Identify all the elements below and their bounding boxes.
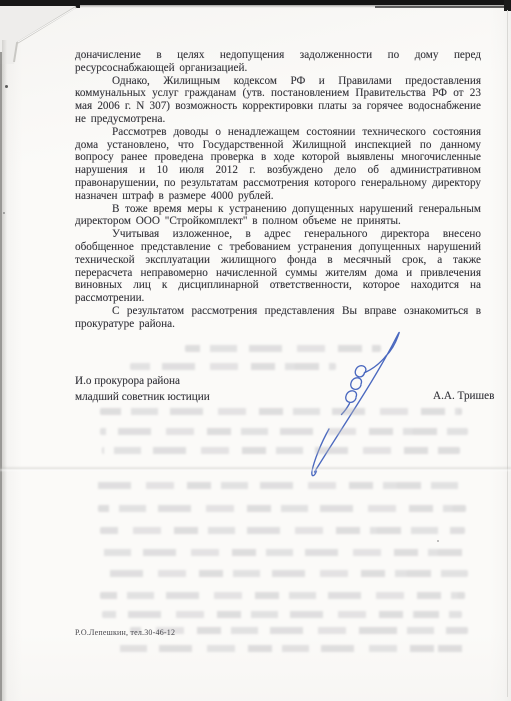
bleed-through-line xyxy=(100,408,462,415)
bleed-through-line xyxy=(185,345,381,352)
scan-edge-right xyxy=(507,10,508,697)
bleed-through-line xyxy=(98,505,466,512)
bleed-through-line xyxy=(112,645,464,652)
signatory-name: А.А. Тришев xyxy=(433,390,494,402)
paragraph: С результатом рассмотрения представления… xyxy=(75,305,481,331)
bleed-through-line xyxy=(98,570,468,577)
dust-speck xyxy=(3,212,5,214)
paragraph: Однако, Жилищным кодексом РФ и Правилами… xyxy=(75,75,481,126)
bleed-through-line xyxy=(95,482,467,489)
signatory-title-line1: И.о прокурора района xyxy=(75,374,210,390)
document-body: доначисление в целях недопущения задолже… xyxy=(75,49,481,331)
bleed-through-line xyxy=(100,428,468,435)
bleed-through-line xyxy=(100,549,468,556)
signatory-block: И.о прокурора района младший советник юс… xyxy=(75,374,210,405)
paragraph: Учитывая изложенное, в адрес генеральног… xyxy=(75,228,481,305)
dust-speck xyxy=(437,540,439,542)
scanned-document-page: доначисление в целях недопущения задолже… xyxy=(0,0,511,701)
bleed-through-line xyxy=(100,592,465,599)
footer-contact: Р.О.Лепешкин, тел.30-46-12 xyxy=(75,628,175,637)
signature-stroke-loops xyxy=(342,357,386,415)
dust-speck xyxy=(5,85,8,88)
bleed-through-line xyxy=(102,611,462,618)
bleed-through-line xyxy=(102,447,460,454)
paper-crease xyxy=(0,466,511,472)
bleed-through-line xyxy=(130,363,336,370)
paragraph: В тоже время меры к устранению допущенны… xyxy=(75,203,481,229)
bleed-through-line xyxy=(100,527,465,534)
scan-edge-left-shadow xyxy=(2,40,7,701)
scan-edge-top-right-line xyxy=(375,6,511,8)
paragraph: Рассмотрев доводы о ненадлежащем состоян… xyxy=(75,126,481,203)
bleed-through-line xyxy=(130,627,468,634)
paragraph-continuation: доначисление в целях недопущения задолже… xyxy=(75,49,481,75)
signatory-title-line2: младший советник юстиции xyxy=(75,390,210,406)
